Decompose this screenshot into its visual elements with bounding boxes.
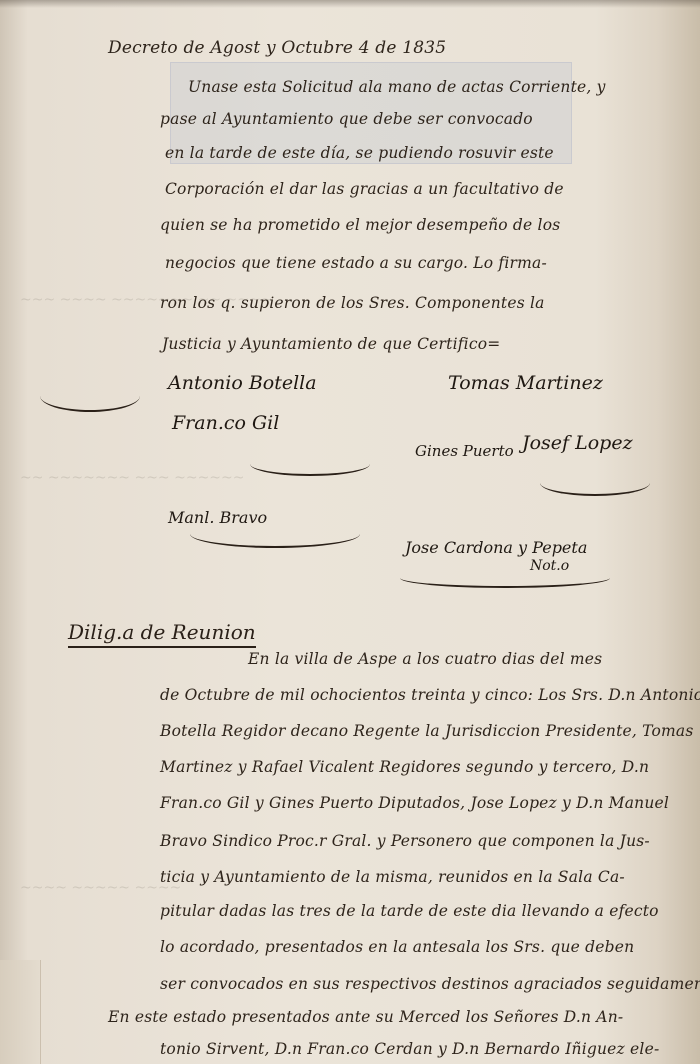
rubric-flourish xyxy=(40,380,140,412)
signature: Fran.co Gil xyxy=(172,412,279,434)
bleed-through-text: ~~~~ ~~~~~ ~~~~ xyxy=(20,880,181,896)
decree-header: Decreto de Agost y Octubre 4 de 1835 xyxy=(108,38,446,58)
decree-line: negocios que tiene estado a su cargo. Lo… xyxy=(165,254,547,272)
signature: Josef Lopez xyxy=(522,432,633,454)
decree-line: en la tarde de este día, se pudiendo ros… xyxy=(165,144,554,162)
signature: Gines Puerto xyxy=(415,442,514,460)
signature-flourish xyxy=(250,452,370,476)
manuscript-page: ~~~ ~~~~ ~~~~~~~ ~~ ~~~~ ~~ ~~~~~~~ ~~~ … xyxy=(0,0,700,1064)
torn-corner xyxy=(0,960,41,1064)
diligence-line: tonio Sirvent, D.n Fran.co Cerdan y D.n … xyxy=(160,1040,659,1058)
decree-line: quien se ha prometido el mejor desempeño… xyxy=(160,216,560,234)
signature-flourish xyxy=(190,520,360,548)
diligence-line: pitular dadas las tres de la tarde de es… xyxy=(160,902,659,920)
bleed-through-text: ~~ ~~~~~~~ ~~~ ~~~~~~ xyxy=(20,470,245,486)
margin-heading: Dilig.a de Reunion xyxy=(68,620,256,648)
page-edge-shadow xyxy=(0,0,700,8)
decree-line: Justicia y Ayuntamiento de que Certifico… xyxy=(162,335,500,353)
diligence-line: ticia y Ayuntamiento de la misma, reunid… xyxy=(160,868,625,886)
diligence-line: En este estado presentados ante su Merce… xyxy=(108,1008,623,1026)
diligence-line: Botella Regidor decano Regente la Jurisd… xyxy=(160,722,694,740)
diligence-line: lo acordado, presentados en la antesala … xyxy=(160,938,634,956)
signature-flourish xyxy=(540,470,650,496)
diligence-line: Fran.co Gil y Gines Puerto Diputados, Jo… xyxy=(160,794,669,812)
diligence-line: Bravo Sindico Proc.r Gral. y Personero q… xyxy=(160,832,650,850)
decree-line: ron los q. supieron de los Sres. Compone… xyxy=(160,294,545,312)
decree-line: Unase esta Solicitud ala mano de actas C… xyxy=(188,78,606,96)
signature-flourish xyxy=(400,568,610,588)
decree-line: pase al Ayuntamiento que debe ser convoc… xyxy=(160,110,533,128)
signature: Antonio Botella xyxy=(168,372,317,394)
diligence-line: de Octubre de mil ochocientos treinta y … xyxy=(160,686,700,704)
signature: Jose Cardona y Pepeta xyxy=(405,538,587,557)
diligence-line: En la villa de Aspe a los cuatro dias de… xyxy=(248,650,602,668)
diligence-line: ser convocados en sus respectivos destin… xyxy=(160,975,700,993)
decree-line: Corporación el dar las gracias a un facu… xyxy=(165,180,564,198)
signature: Tomas Martinez xyxy=(448,372,603,394)
diligence-line: Martinez y Rafael Vicalent Regidores seg… xyxy=(160,758,649,776)
